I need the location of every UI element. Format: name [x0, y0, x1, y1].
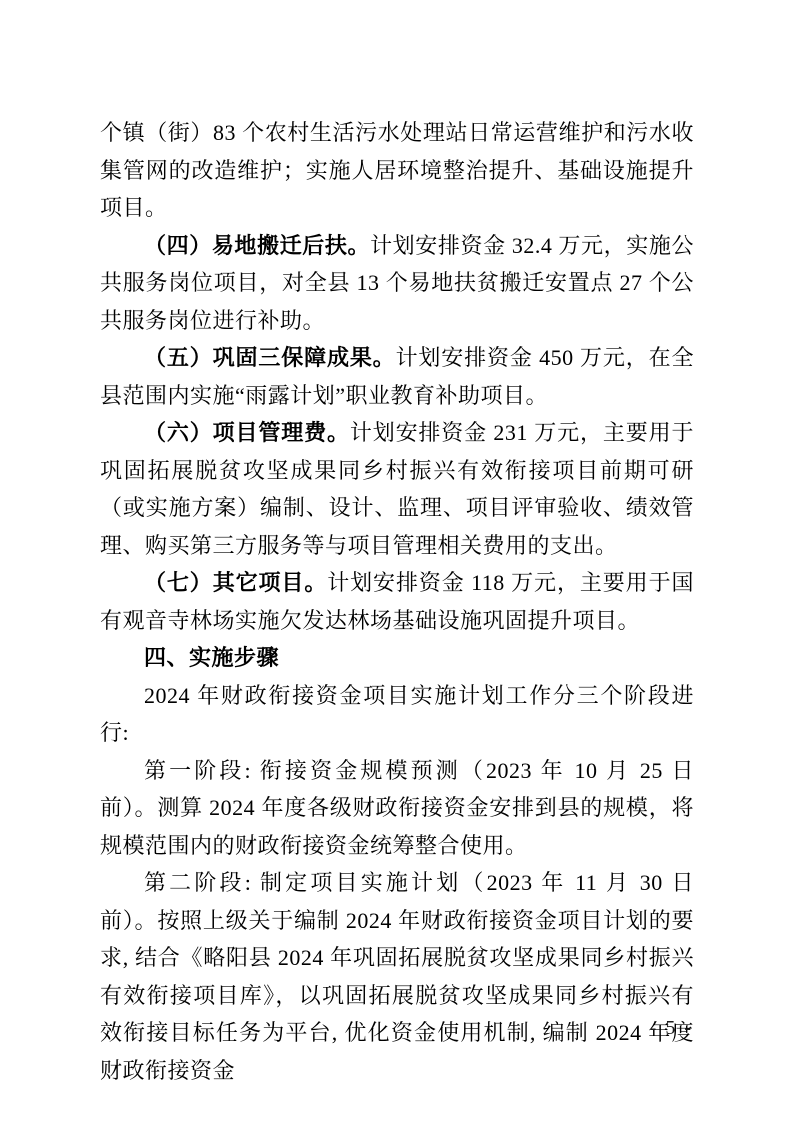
paragraph-stages-intro: 2024 年财政衔接资金项目实施计划工作分三个阶段进行:	[100, 677, 694, 752]
document-body: 个镇（街）83 个农村生活污水处理站日常运营维护和污水收集管网的改造维护；实施人…	[100, 114, 694, 1089]
paragraph-stage2: 第二阶段: 制定项目实施计划（2023 年 11 月 30 日前）。按照上级关于…	[100, 864, 694, 1089]
document-page: 个镇（街）83 个农村生活污水处理站日常运营维护和污水收集管网的改造维护；实施人…	[0, 0, 793, 1122]
paragraph-item6: （六）项目管理费。计划安排资金 231 万元，主要用于巩固拓展脱贫攻坚成果同乡村…	[100, 414, 694, 564]
paragraph-item4: （四）易地搬迁后扶。计划安排资金 32.4 万元，实施公共服务岗位项目，对全县 …	[100, 227, 694, 340]
paragraph-item5: （五）巩固三保障成果。计划安排资金 450 万元，在全县范围内实施“雨露计划”职…	[100, 339, 694, 414]
paragraph-item5-lead: （五）巩固三保障成果。	[144, 345, 396, 370]
page-number: - 5 -	[650, 1014, 693, 1042]
paragraph-item6-lead: （六）项目管理费。	[144, 420, 350, 445]
paragraph-item7-lead: （七）其它项目。	[144, 570, 327, 595]
paragraph-stage1: 第一阶段: 衔接资金规模预测（2023 年 10 月 25 日前）。测算 202…	[100, 752, 694, 865]
paragraph-item4-lead: （四）易地搬迁后扶。	[144, 233, 370, 258]
section-heading-implementation-steps: 四、实施步骤	[100, 639, 694, 677]
paragraph-item7: （七）其它项目。计划安排资金 118 万元，主要用于国有观音寺林场实施欠发达林场…	[100, 564, 694, 639]
paragraph-continuation: 个镇（街）83 个农村生活污水处理站日常运营维护和污水收集管网的改造维护；实施人…	[100, 114, 694, 227]
